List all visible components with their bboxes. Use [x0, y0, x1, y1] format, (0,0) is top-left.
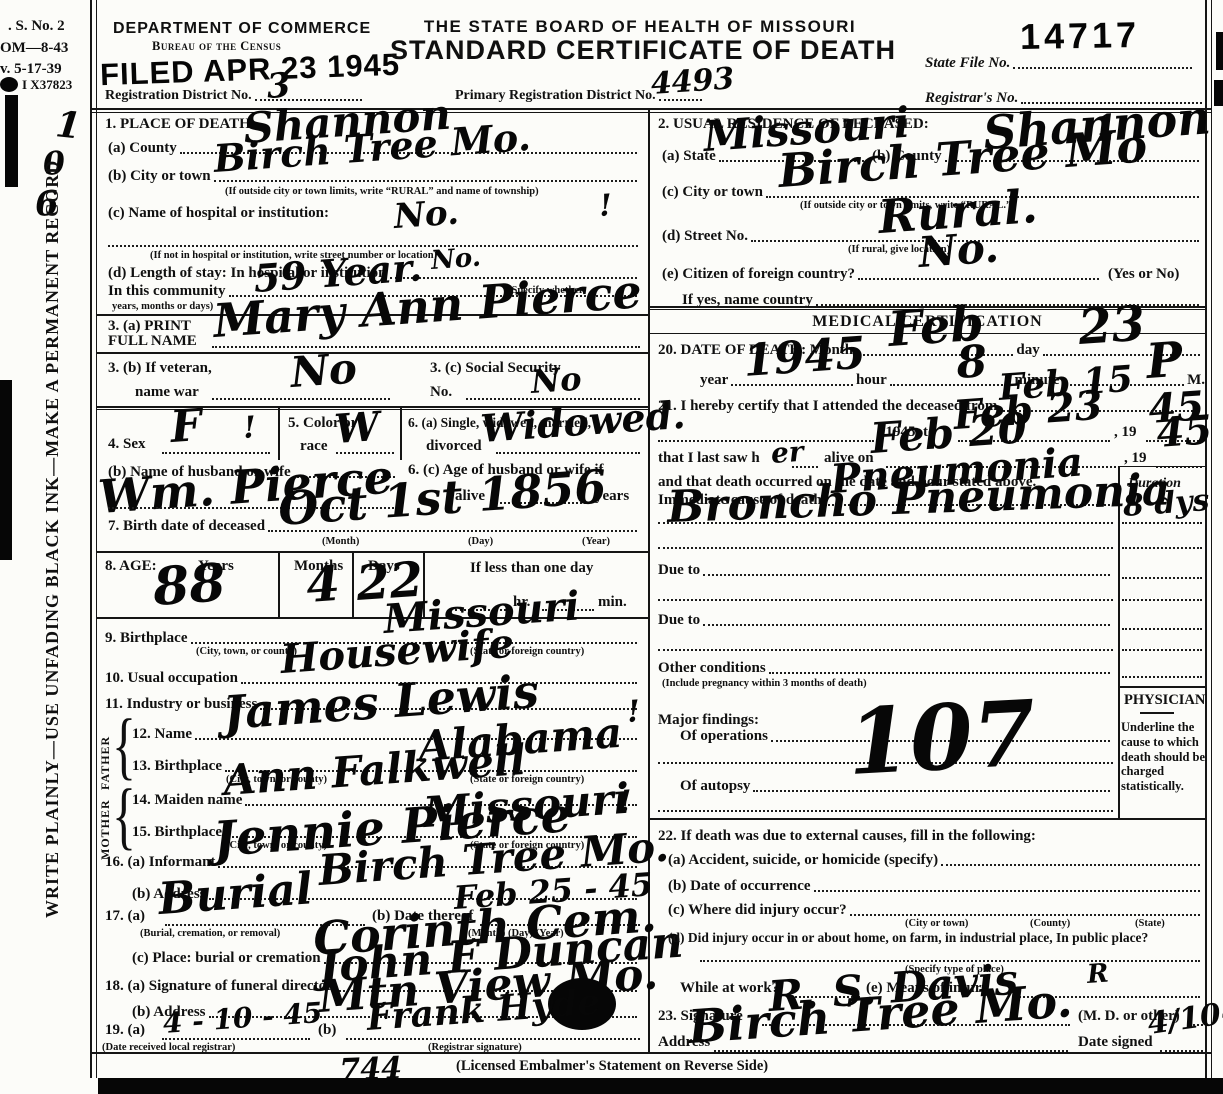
funeral-director-label: 18. (a) Signature of funeral director: [105, 978, 333, 995]
city-row: (b) City or town: [108, 168, 640, 185]
residence-city-label: (c) City or town: [662, 184, 763, 201]
state-file-label: State File No.: [925, 55, 1010, 72]
other-conditions-line: [769, 670, 1110, 674]
state-file-line: [1013, 65, 1192, 69]
informant-label: 16. (a) Informant: [105, 854, 215, 871]
age-divider-2: [352, 553, 354, 617]
due-blank-line-1: [658, 597, 1113, 601]
birthdate-sub-day: (Day): [468, 536, 493, 547]
registration-district-value: 3: [266, 68, 292, 104]
mother-birthplace-label: 15. Birthplace: [132, 824, 222, 841]
injury-where-sub-1: (City or town): [905, 918, 968, 929]
duration-bottom-rule: [1118, 686, 1205, 688]
autopsy-label: Of autopsy: [680, 778, 750, 795]
due-blank-line-2: [658, 647, 1113, 651]
cause-line-3: [658, 545, 1113, 549]
attended-line-2a: [658, 438, 874, 442]
registration-district-label: Registration District No.: [105, 88, 252, 104]
registrar-sig-note: (Registrar signature): [428, 1042, 522, 1053]
age-less-label: If less than one day: [470, 560, 593, 577]
injury-where-row: (c) Where did injury occur?: [668, 902, 1203, 919]
duration-line-6: [1122, 647, 1202, 651]
hospital-label: (c) Name of hospital or institution:: [108, 205, 329, 222]
citizen-line: [858, 276, 1099, 280]
section1-title: 1. PLACE OF DEATH:: [105, 116, 256, 133]
birthdate-sub-month: (Month): [322, 536, 359, 547]
received-note: (Date received local registrar): [102, 1042, 235, 1053]
date-signed-label: Date signed: [1078, 1034, 1153, 1051]
burial-place-label: (c) Place: burial or cremation: [132, 950, 321, 967]
attended-yr-label: , 19: [1114, 424, 1137, 441]
received-label: 19. (a): [105, 1022, 145, 1039]
mother-brace: {: [112, 772, 136, 859]
disposition-label: 17. (a): [105, 908, 145, 925]
color-value: W: [333, 407, 381, 450]
major-blank-line-2: [658, 808, 1113, 812]
death-ampm-value: P: [1145, 336, 1184, 386]
veteran-value: No: [289, 347, 358, 394]
stamp-blot: [0, 77, 18, 92]
form-number-line1: . S. No. 2: [8, 18, 65, 35]
father-group-label: FATHER: [98, 718, 113, 790]
city-label: (b) City or town: [108, 168, 211, 185]
age-divider-1: [278, 553, 280, 617]
means-injury-mark: R: [1086, 961, 1109, 988]
physician-title: PHYSICIAN: [1124, 692, 1205, 709]
duration-line-3: [1122, 575, 1202, 579]
margin-instruction: WRITE PLAINLY—USE UNFADING BLACK INK—MAK…: [42, 278, 63, 918]
injury-where-sub-3: (State): [1135, 918, 1165, 929]
color-label-2: race: [300, 438, 327, 455]
age-label: 8. AGE:: [105, 558, 157, 575]
death-day-label: day: [1016, 342, 1039, 359]
date-signed-line: [1160, 1048, 1203, 1052]
section22-title: 22. If death was due to external causes,…: [658, 828, 1036, 845]
disposition-value: Burial: [157, 867, 314, 922]
age-min-label: min.: [598, 594, 627, 611]
death-year-value: 1945: [742, 332, 867, 384]
scan-mark-left-1: [5, 95, 18, 187]
street-label: (d) Street No.: [662, 228, 748, 245]
other-conditions-row: Other conditions: [658, 660, 1113, 677]
disposition-note: (Burial, cremation, or removal): [140, 928, 280, 939]
divider-major-22: [650, 818, 1205, 820]
duration-line-2: [1122, 545, 1202, 549]
due-to-row-2: Due to: [658, 612, 1113, 629]
death-hour-value: 8: [955, 340, 989, 386]
major-mark-107: 107: [845, 688, 1037, 788]
due-to-row-1: Due to: [658, 562, 1113, 579]
duration-line-5: [1122, 626, 1202, 630]
hospital-line: [108, 243, 638, 247]
accident-row: (a) Accident, suicide, or homicide (spec…: [668, 852, 1203, 869]
scan-mark-topright-1: [1216, 32, 1223, 70]
primary-district-label: Primary Registration District No.: [455, 88, 656, 104]
filed-stamp: FILED APR 23 1945: [99, 47, 400, 93]
occurrence-date-line: [814, 888, 1200, 892]
frame-right-inner: [1211, 0, 1212, 1078]
birthdate-label: 7. Birth date of deceased: [108, 518, 265, 535]
father-name-label: 12. Name: [132, 726, 192, 743]
citizen-row: (e) Citizen of foreign country?: [662, 266, 1102, 283]
divider-color-marital: [400, 408, 402, 460]
injury-where-label: (c) Where did injury occur?: [668, 902, 847, 919]
lastsaw-year: 45: [1155, 410, 1213, 454]
veteran-label-1: 3. (b) If veteran,: [108, 360, 212, 377]
sex-label: 4. Sex: [108, 436, 146, 453]
frame-left-outer: [90, 0, 92, 1078]
county-label: (a) County: [108, 140, 177, 157]
stay-value: No.: [430, 245, 481, 274]
frame-right-outer: [1205, 0, 1207, 1078]
other-conditions-label: Other conditions: [658, 660, 766, 677]
state-file-row: State File No.: [925, 55, 1195, 72]
death-day-value: 23: [1077, 299, 1147, 352]
duration-line-1: [1122, 520, 1202, 524]
birthdate-sub-year: (Year): [582, 536, 610, 547]
footer-number: 744: [339, 1054, 403, 1086]
injury-where-sub-2: (County): [1030, 918, 1070, 929]
city-note: (If outside city or town limits, write “…: [225, 186, 539, 197]
hospital-mark: !: [598, 191, 613, 222]
duration-line-4: [1122, 597, 1202, 601]
death-certificate-scan: . S. No. 2 OM—8-43 v. 5-17-39 I X37823 1…: [0, 0, 1223, 1094]
cause-line-2: [658, 520, 1113, 524]
community-label: In this community: [108, 283, 226, 300]
duration-line-7: [1122, 674, 1202, 678]
ssn-label-2: No.: [430, 384, 452, 401]
mother-birthplace-mark: !: [618, 787, 633, 818]
occupation-label: 10. Usual occupation: [105, 670, 238, 687]
age-years-value: 88: [151, 557, 227, 614]
lastsaw-label-a: that I last saw h: [658, 450, 760, 467]
due-to-label-2: Due to: [658, 612, 700, 629]
marital-value: Widowed.: [479, 396, 686, 448]
operations-label: Of operations: [680, 728, 768, 745]
accident-line: [941, 862, 1200, 866]
veteran-line: [212, 396, 390, 400]
date-signed-value: 4/10-45: [1146, 993, 1223, 1040]
occurrence-date-row: (b) Date of occurrence: [668, 878, 1203, 895]
lastsaw-line-a: [792, 464, 818, 468]
fullname-line: [212, 344, 640, 348]
certificate-title: STANDARD CERTIFICATE OF DEATH: [390, 35, 890, 66]
occurrence-date-label: (b) Date of occurrence: [668, 878, 811, 895]
scan-mark-left-2: [0, 380, 12, 560]
citizen-yn-label: (Yes or No): [1108, 266, 1179, 283]
physician-divider: [1118, 686, 1120, 818]
father-name-mark: !: [626, 697, 641, 728]
hospital-value: No.: [393, 196, 460, 234]
physician-title-rule: [1140, 712, 1174, 714]
form-number-line2: OM—8-43: [0, 40, 68, 57]
divider-3a-3b: [97, 352, 648, 354]
divider-7-8: [97, 551, 648, 553]
form-number-line3: v. 5-17-39: [0, 61, 62, 78]
due-to-label-1: Due to: [658, 562, 700, 579]
margin-mark-1: 1: [54, 106, 83, 144]
injury-place-label: (d) Did injury occur in or about home, o…: [668, 930, 1148, 946]
age-months-value: 4: [305, 560, 342, 610]
primary-district-value: 4493: [650, 64, 735, 100]
death-hour-line: [890, 382, 1012, 386]
city-line: [214, 178, 637, 182]
physician-note: Underline the cause to which death shoul…: [1121, 720, 1207, 794]
veteran-label-2: name war: [135, 384, 199, 401]
divider-sex-color: [278, 408, 280, 460]
sex-mark: !: [242, 413, 257, 444]
mother-group-label: MOTHER: [98, 788, 113, 860]
registrar-sig-label: (b): [318, 1022, 336, 1039]
citizen-value: No.: [917, 227, 1000, 274]
birthplace-label: 9. Birthplace: [105, 630, 188, 647]
state-file-value: 14717: [1020, 14, 1141, 58]
scan-mark-topright-2: [1214, 80, 1223, 106]
ssn-value: No: [530, 363, 583, 398]
fullname-label-2: FULL NAME: [108, 333, 197, 350]
accident-label: (a) Accident, suicide, or homicide (spec…: [668, 852, 938, 869]
citizen-label: (e) Citizen of foreign country?: [662, 266, 855, 283]
community-note: years, months or days): [112, 301, 213, 312]
dept-title: DEPARTMENT OF COMMERCE: [113, 20, 371, 38]
received-value: 4 - 10 - 45: [162, 999, 323, 1038]
form-number-line4: I X37823: [22, 77, 72, 93]
other-conditions-note: (Include pregnancy within 3 months of de…: [662, 678, 867, 689]
board-title: THE STATE BOARD OF HEALTH OF MISSOURI: [400, 17, 880, 37]
due-to-line-1: [703, 572, 1110, 576]
due-to-line-2: [703, 622, 1110, 626]
marital-line: [496, 450, 640, 454]
footer-rule: [90, 1052, 1212, 1054]
marital-label-2: divorced: [426, 438, 482, 455]
injury-where-line: [850, 912, 1200, 916]
embalmer-note: (Licensed Embalmer's Statement on Revers…: [456, 1058, 768, 1075]
frame-left-inner: [96, 0, 97, 1078]
death-year-label: year: [700, 372, 728, 389]
sex-value: F: [169, 404, 203, 450]
father-birthplace-label: 13. Birthplace: [132, 758, 222, 775]
major-findings-label: Major findings:: [658, 712, 759, 729]
scan-bottom-bar: [98, 1078, 1223, 1094]
